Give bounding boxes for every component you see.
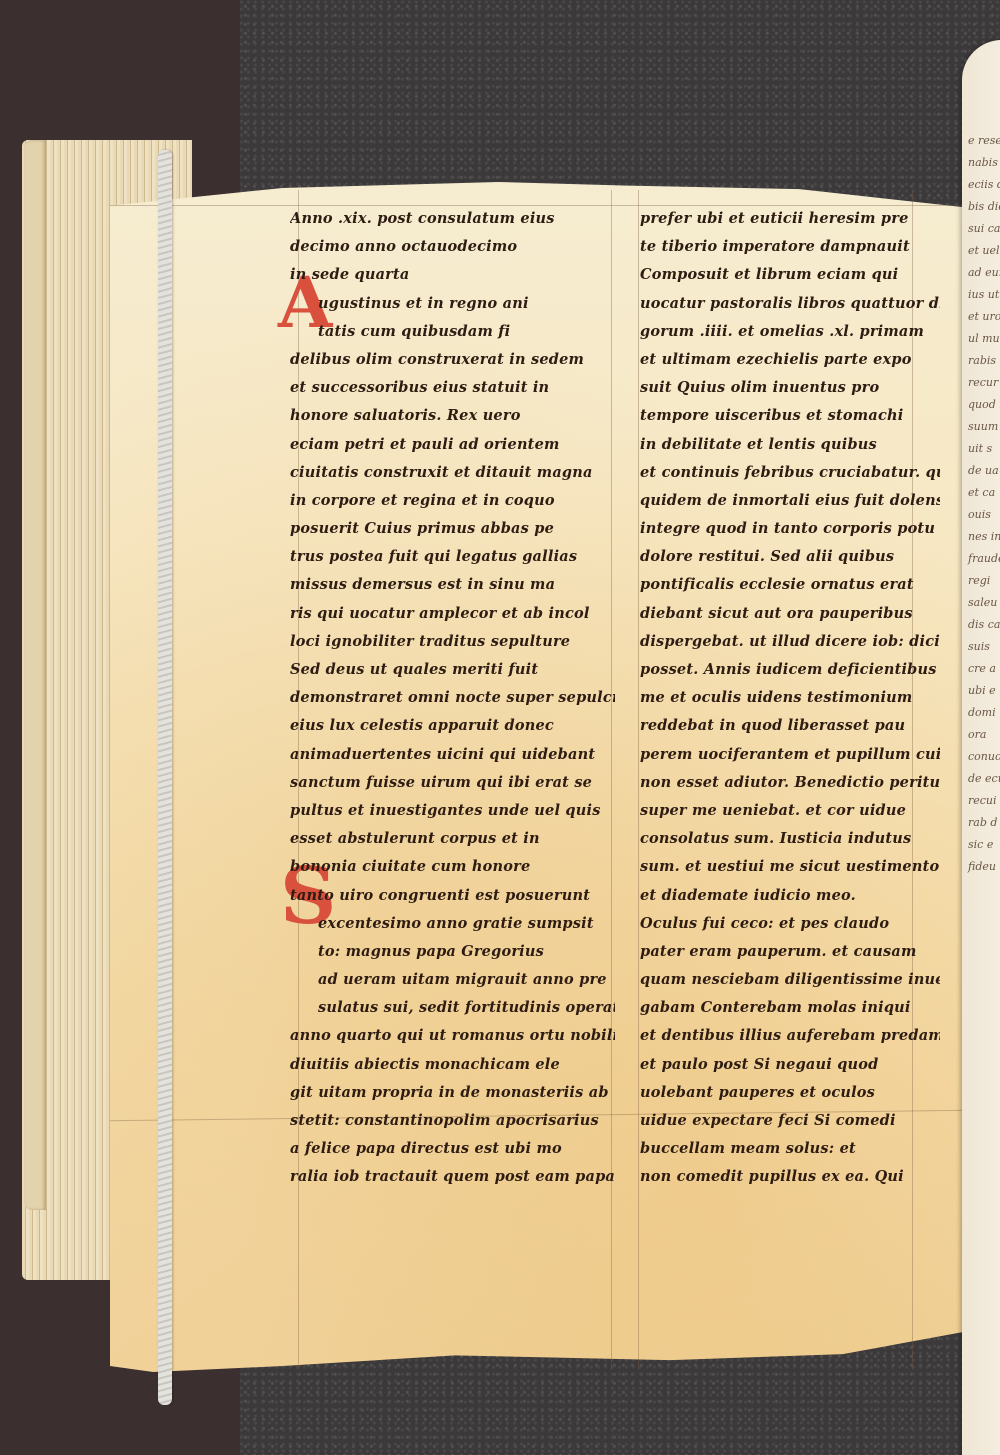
manuscript-line: et successoribus eius statuit in [290, 374, 615, 402]
manuscript-line: integre quod in tanto corporis potu [640, 515, 940, 543]
manuscript-line: uocatur pastoralis libros quattuor dialo [640, 290, 940, 318]
manuscript-line: in sede quarta [290, 261, 615, 289]
manuscript-line: in corpore et regina et in coquo [290, 487, 615, 515]
facing-page-line: saleu [962, 592, 1000, 614]
manuscript-line: pultus et inuestigantes unde uel quis [290, 797, 615, 825]
facing-page-line: recui [962, 790, 1000, 812]
manuscript-line: non comedit pupillus ex ea. Qui [640, 1163, 940, 1191]
facing-page-line: rabis [962, 350, 1000, 372]
facing-page-line: eciis de [962, 174, 1000, 196]
facing-page-line: suum [962, 416, 1000, 438]
manuscript-line: Oculus fui ceco: et pes claudo [640, 910, 940, 938]
binding-cover-edge [24, 140, 46, 1210]
facing-page-line: ora [962, 724, 1000, 746]
facing-page-line: e reserua [962, 130, 1000, 152]
facing-page-line: nes in [962, 526, 1000, 548]
manuscript-line: in debilitate et lentis quibus [640, 431, 940, 459]
manuscript-line: reddebat in quod liberasset pau [640, 712, 940, 740]
manuscript-line: et diademate iudicio meo. [640, 882, 940, 910]
manuscript-line: eius lux celestis apparuit donec [290, 712, 615, 740]
facing-page-line: dis ca [962, 614, 1000, 636]
manuscript-line: tempore uisceribus et stomachi [640, 402, 940, 430]
facing-page-line: ul mu [962, 328, 1000, 350]
manuscript-line: super me ueniebat. et cor uidue [640, 797, 940, 825]
text-column-right: prefer ubi et euticii heresim prete tibe… [640, 205, 940, 1192]
manuscript-line: ad ueram uitam migrauit anno pre [290, 966, 615, 994]
manuscript-line: diuitiis abiectis monachicam ele [290, 1051, 615, 1079]
facing-page-line: ad eum [962, 262, 1000, 284]
facing-page-edge: e reseruanabis a caeciis debis diesui ca… [962, 40, 1000, 1455]
manuscript-line: non esset adiutor. Benedictio periturii [640, 769, 940, 797]
manuscript-line: bononia ciuitate cum honore [290, 853, 615, 881]
manuscript-line: uidue expectare feci Si comedi [640, 1107, 940, 1135]
facing-page-line: et ca [962, 482, 1000, 504]
facing-page-line: et uro [962, 306, 1000, 328]
manuscript-line: me et oculis uidens testimonium [640, 684, 940, 712]
facing-page-line: fraude [962, 548, 1000, 570]
manuscript-line: anno quarto qui ut romanus ortu nobilis [290, 1022, 615, 1050]
manuscript-line: excentesimo anno gratie sumpsit [290, 910, 615, 938]
facing-page-line: de ua [962, 460, 1000, 482]
facing-page-line: rab d [962, 812, 1000, 834]
manuscript-line: suit Quius olim inuentus pro [640, 374, 940, 402]
manuscript-line: et continuis febribus cruciabatur. quo [640, 459, 940, 487]
manuscript-line: git uitam propria in de monasteriis ab [290, 1079, 615, 1107]
facing-page-line: sic e [962, 834, 1000, 856]
facing-page-line: quod in [962, 394, 1000, 416]
manuscript-line: et dentibus illius auferebam predam [640, 1022, 940, 1050]
facing-page-line: ouis [962, 504, 1000, 526]
bookmark-string [158, 150, 172, 1405]
manuscript-line: decimo anno octauodecimo [290, 233, 615, 261]
facing-page-line: ubi e [962, 680, 1000, 702]
manuscript-line: gorum .iiii. et omelias .xl. primam [640, 318, 940, 346]
manuscript-line: buccellam meam solus: et [640, 1135, 940, 1163]
manuscript-line: quam nesciebam diligentissime inuesti [640, 966, 940, 994]
manuscript-line: gabam Conterebam molas iniqui [640, 994, 940, 1022]
manuscript-line: perem uociferantem et pupillum cui [640, 741, 940, 769]
manuscript-line: pater eram pauperum. et causam [640, 938, 940, 966]
facing-page-line: suis [962, 636, 1000, 658]
manuscript-line: dolore restitui. Sed alii quibus [640, 543, 940, 571]
manuscript-line: dispergebat. ut illud dicere iob: dicit [640, 628, 940, 656]
manuscript-line: consolatus sum. Iusticia indutus [640, 825, 940, 853]
facing-page-line: domi [962, 702, 1000, 724]
manuscript-line: tanto uiro congruenti est posuerunt [290, 882, 615, 910]
manuscript-line: missus demersus est in sinu ma [290, 571, 615, 599]
manuscript-line: posset. Annis iudicem deficientibus [640, 656, 940, 684]
manuscript-line: loci ignobiliter traditus sepulture [290, 628, 615, 656]
text-column-left: Anno .xix. post consulatum eiusdecimo an… [290, 205, 615, 1192]
facing-page-line: fideu [962, 856, 1000, 878]
manuscript-line: te tiberio imperatore dampnauit [640, 233, 940, 261]
manuscript-line: uolebant pauperes et oculos [640, 1079, 940, 1107]
manuscript-line: et paulo post Si negaui quod [640, 1051, 940, 1079]
manuscript-line: esset abstulerunt corpus et in [290, 825, 615, 853]
manuscript-line: diebant sicut aut ora pauperibus [640, 600, 940, 628]
manuscript-line: demonstraret omni nocte super sepulcrum [290, 684, 615, 712]
manuscript-line: posuerit Cuius primus abbas pe [290, 515, 615, 543]
manuscript-line: ugustinus et in regno ani [290, 290, 615, 318]
manuscript-line: sum. et uestiui me sicut uestimento [640, 853, 940, 881]
manuscript-line: pontificalis ecclesie ornatus erat [640, 571, 940, 599]
manuscript-line: to: magnus papa Gregorius [290, 938, 615, 966]
facing-page-line: et uel [962, 240, 1000, 262]
facing-page-text: e reseruanabis a caeciis debis diesui ca… [962, 130, 1000, 878]
facing-page-line: sui ca [962, 218, 1000, 240]
manuscript-line: a felice papa directus est ubi mo [290, 1135, 615, 1163]
manuscript-line: trus postea fuit qui legatus gallias [290, 543, 615, 571]
manuscript-line: Composuit et librum eciam qui [640, 261, 940, 289]
facing-page-line: nabis a ca [962, 152, 1000, 174]
facing-page-line: ius ut [962, 284, 1000, 306]
facing-page-line: recur [962, 372, 1000, 394]
manuscript-line: stetit: constantinopolim apocrisarius [290, 1107, 615, 1135]
manuscript-line: eciam petri et pauli ad orientem [290, 431, 615, 459]
manuscript-line: sulatus sui, sedit fortitudinis operator… [290, 994, 615, 1022]
facing-page-line: conuo [962, 746, 1000, 768]
manuscript-line: et ultimam ezechielis parte expo [640, 346, 940, 374]
facing-page-line: uit s [962, 438, 1000, 460]
manuscript-line: animaduertentes uicini qui uidebant [290, 741, 615, 769]
manuscript-line: honore saluatoris. Rex uero [290, 402, 615, 430]
manuscript-line: sanctum fuisse uirum qui ibi erat se [290, 769, 615, 797]
manuscript-line: quidem de inmortali eius fuit dolens [640, 487, 940, 515]
manuscript-line: ciuitatis construxit et ditauit magna [290, 459, 615, 487]
manuscript-line: Sed deus ut quales meriti fuit [290, 656, 615, 684]
manuscript-line: delibus olim construxerat in sedem [290, 346, 615, 374]
facing-page-line: regi [962, 570, 1000, 592]
manuscript-line: ralia iob tractauit quem post eam papa [290, 1163, 615, 1191]
ruling-line [638, 190, 639, 1370]
manuscript-line: ris qui uocatur amplecor et ab incol [290, 600, 615, 628]
facing-page-line: bis die [962, 196, 1000, 218]
manuscript-line: tatis cum quibusdam fi [290, 318, 615, 346]
manuscript-line: prefer ubi et euticii heresim pre [640, 205, 940, 233]
facing-page-line: de ecu [962, 768, 1000, 790]
facing-page-line: cre a [962, 658, 1000, 680]
manuscript-line: Anno .xix. post consulatum eius [290, 205, 615, 233]
